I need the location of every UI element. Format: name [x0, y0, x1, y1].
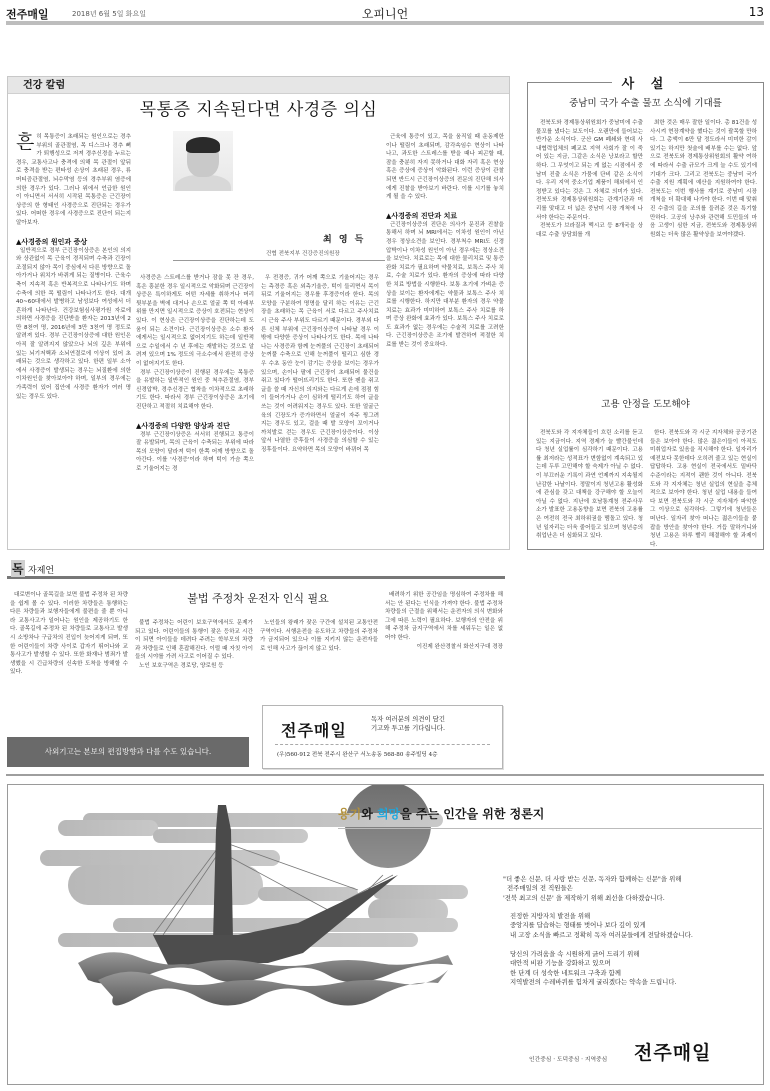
author-name: 최 영 득	[323, 232, 365, 245]
article-text: 일반적으로 경부 근긴장이상증은 본인의 의지와 상관없이 목 근육이 경직되며…	[16, 247, 131, 402]
ad-line: 전주매일의 전 직원들은	[503, 884, 681, 893]
article-text: 불법 주정차는 어린이 보호구역에서도 문제가 되고 있다. 어린이들의 통행이…	[135, 619, 253, 662]
article-column-3: 우 전경증, 귀가 어깨 쪽으로 기울어지는 경우는 측경증 혹은 외측기울증,…	[261, 274, 379, 454]
ad-line: 진정한 지방자치 발전을 위해	[510, 912, 693, 921]
ad-newspaper-logo: 전주매일	[634, 1038, 711, 1065]
sailing-ship-illustration	[28, 785, 488, 1045]
article-text: 경부 근긴장이상증은 서서히 진행되고 통증이 잘 유발되며, 목의 근육이 수…	[136, 431, 254, 474]
forum-label-initial: 독	[11, 560, 25, 577]
editorial-2-column-1: 전북도와 각 지자체들이 흐린 소리를 듣고 있는 지금이다. 지역 경제가 늘…	[536, 429, 643, 547]
article-subheading: ▲사경증의 진단과 치료	[386, 211, 504, 221]
article-text: 전북도와 각 지자체들이 흐린 소리를 듣고 있는 지금이다. 지역 경제가 늘…	[536, 429, 643, 541]
article-text: 경부 근긴장이상증이 진행된 경우에는 목통증을 유발하는 일반적인 원인 중 …	[136, 369, 254, 412]
reader-forum-header: 독 자제언	[7, 557, 505, 579]
article-text: 전북도와 경제통상위원회가 중남미에 수출 물꼬를 냈다는 보도이다. 오랜만에…	[536, 119, 643, 222]
disclaimer-banner: 사외기고는 본보의 편집방향과 다를 수도 있습니다.	[7, 737, 249, 767]
slogan-divider	[338, 828, 762, 829]
article-headline: 목통증 지속된다면 사경증 의심	[8, 95, 509, 120]
editorial-2-column-2: 한다. 전북도와 각 시군 지자체와 공공기관들은 보아야 한다. 많은 젊은이…	[650, 429, 757, 547]
forum-column-3: 노인들의 왕래가 잦은 구간에 설치된 교통안전 구역이다. 서행운전을 유도하…	[260, 619, 378, 699]
photo-shoulders	[175, 175, 231, 191]
author-title: 건협 전북지부 건강증진의원장	[266, 249, 340, 257]
article-subheading: ▲사경증의 다양한 양상과 진단	[136, 421, 254, 431]
article-column-4: 근육에 통증이 있고, 목을 움직일 때 운동제한이나 떨림이 초래되며, 감각…	[386, 133, 504, 350]
editorial-1-column-2: 최한 것은 매우 잘한 일이다. 총 81건을 성사시켜 현장계약을 했다는 것…	[650, 119, 757, 387]
column-category: 건강 칼럼	[8, 77, 509, 94]
forum-headline: 불법 주정차 운전자 인식 필요	[140, 590, 376, 606]
forum-label: 자제언	[28, 563, 54, 576]
submission-call-box: 전주매일 독자 여러분의 의견이 담긴 기고와 투고를 기다립니다. (우)56…	[262, 705, 503, 769]
article-column-2: 사경증은 스트레스를 받거나 잠을 못 잔 경우, 혹은 흥분한 경우 일시적으…	[136, 274, 254, 473]
ad-line: 중앙지를 답습하는 형태를 벗어나 보다 깊이 있게	[510, 921, 693, 930]
masthead-divider	[6, 21, 764, 25]
ad-tagline: 인간중심 · 도덕중심 · 지역중심	[529, 1054, 607, 1063]
ad-line: "더 좋은 신문, 더 사랑 받는 신문, 독자와 함께하는 신문"을 위해	[503, 875, 681, 884]
slogan-part: 와	[361, 807, 377, 821]
ad-paragraph-1: "더 좋은 신문, 더 사랑 받는 신문, 독자와 함께하는 신문"을 위해 전…	[503, 875, 681, 903]
article-text: 최한 것은 매우 잘한 일이다. 총 81건을 성사시켜 현장계약을 했다는 것…	[650, 119, 757, 239]
forum-column-1: 대로변이나 골목길을 보면 불법 주정차 된 차량을 쉽게 볼 수 있다. 이러…	[10, 591, 128, 731]
ad-line: 당신의 가려움을 속 시원하게 긁어 드리기 위해	[510, 950, 677, 959]
page-divider	[6, 774, 764, 776]
health-column-article: 건강 칼럼 목통증 지속된다면 사경증 의심 흔 히 목통증이 초래되는 원인으…	[7, 76, 510, 550]
submission-message: 독자 여러분의 의견이 담긴 기고와 투고를 기다립니다.	[371, 715, 445, 733]
article-text: 전북도가 브라질과 멕시코 등 8개국을 상대로 수출 상담회를 개	[536, 222, 643, 239]
newspaper-logo: 전주매일	[281, 718, 347, 741]
article-text: 근긴장이상증의 진단은 의사가 문진과 진찰을 통해서 하며 뇌 MRI에서는 …	[386, 221, 504, 350]
editorial-title-2: 고용 안정을 도모해야	[528, 396, 763, 410]
ad-line: 한 단계 더 성숙한 네트워크 구축과 함께	[510, 969, 677, 978]
article-text: 배려하기 위한 공간임을 명심하여 주정차를 해서는 안 된다는 인식을 가져야…	[385, 591, 503, 643]
forum-column-2: 불법 주정차는 어린이 보호구역에서도 문제가 되고 있다. 어린이들의 통행이…	[135, 619, 253, 731]
author-photo	[173, 131, 233, 191]
ad-line: 내 고장 소식을 빠르고 정확히 독자 여러분들에게 전달하겠습니다.	[510, 931, 693, 940]
article-text: 사경증은 스트레스를 받거나 잠을 못 잔 경우, 혹은 흥분한 경우 일시적으…	[136, 274, 254, 369]
byline-divider	[173, 260, 385, 261]
ad-paragraph-2: 진정한 지방자치 발전을 위해 중앙지를 답습하는 형태를 벗어나 보다 깊이 …	[510, 912, 693, 940]
photo-hair	[186, 137, 220, 153]
forum-column-4: 배려하기 위한 공간임을 명심하여 주정차를 해서는 안 된다는 인식을 가져야…	[385, 591, 503, 701]
article-text: 한다. 전북도와 각 시군 지자체와 공공기관들은 보아야 한다. 많은 젊은이…	[650, 429, 757, 547]
postal-address: (우)560-912 전북 전주시 완산구 서노송동 568-80 송주빌딩 4…	[277, 750, 438, 758]
slogan-part: 을 주는 인간을 위한 정론지	[400, 807, 544, 821]
slogan-hope: 희망	[377, 807, 400, 821]
ad-line: 지역발전의 수레바퀴를 힘차게 굴리겠다는 약속을 드립니다.	[510, 978, 677, 987]
message-line: 기고와 투고를 기다립니다.	[371, 724, 445, 733]
ad-paragraph-3: 당신의 가려움을 속 시원하게 긁어 드리기 위해 대안적 비판 기능을 강화하…	[510, 950, 677, 988]
page-number: 13	[749, 5, 764, 19]
article-text: 근육에 통증이 있고, 목을 움직일 때 운동제한이나 떨림이 초래되며, 감각…	[386, 133, 504, 202]
forum-author: 이진제 완산경찰서 화산지구대 경장	[385, 643, 503, 652]
ad-slogan: 용기와 희망을 주는 인간을 위한 정론지	[338, 805, 544, 822]
editorial-1-column-1: 전북도와 경제통상위원회가 중남미에 수출 물꼬를 냈다는 보도이다. 오랜만에…	[536, 119, 643, 387]
article-text: 대로변이나 골목길을 보면 불법 주정차 된 차량을 쉽게 볼 수 있다. 이러…	[10, 591, 128, 677]
section-title: 오피니언	[6, 5, 764, 22]
article-column-1: 흔 히 목통증이 초래되는 원인으로는 경추부위의 골관절염, 목 디스크나 경…	[16, 133, 131, 401]
editorial-label: 사 설	[612, 73, 680, 92]
ad-line: 대안적 비판 기능을 강화하고 있으며	[510, 959, 677, 968]
dashed-divider	[275, 744, 490, 745]
slogan-courage: 용기	[338, 807, 361, 821]
article-subheading: ▲사경증의 원인과 증상	[16, 237, 131, 247]
newspaper-promo-ad: 용기와 희망을 주는 인간을 위한 정론지 "더 좋은 신문, 더 사랑 받는 …	[7, 784, 764, 1085]
drop-cap: 흔	[16, 133, 34, 151]
message-line: 독자 여러분의 의견이 담긴	[371, 715, 445, 724]
article-text: 노인들의 왕래가 잦은 구간에 설치된 교통안전 구역이다. 서행운전을 유도하…	[260, 619, 378, 653]
ad-line: '전북 최고의 신문' 을 제작하기 위해 최선을 다하겠습니다.	[503, 894, 681, 903]
article-text: 우 전경증, 귀가 어깨 쪽으로 기울어지는 경우는 측경증 혹은 외측기울증,…	[261, 274, 379, 454]
editorial-box: 사 설 중남미 국가 수출 물꼬 소식에 기대를 전북도와 경제통상위원회가 중…	[527, 82, 764, 550]
editorial-title-1: 중남미 국가 수출 물꼬 소식에 기대를	[528, 95, 763, 109]
article-text: 노인 보호구역은 경로당, 양로원 등	[135, 662, 253, 671]
